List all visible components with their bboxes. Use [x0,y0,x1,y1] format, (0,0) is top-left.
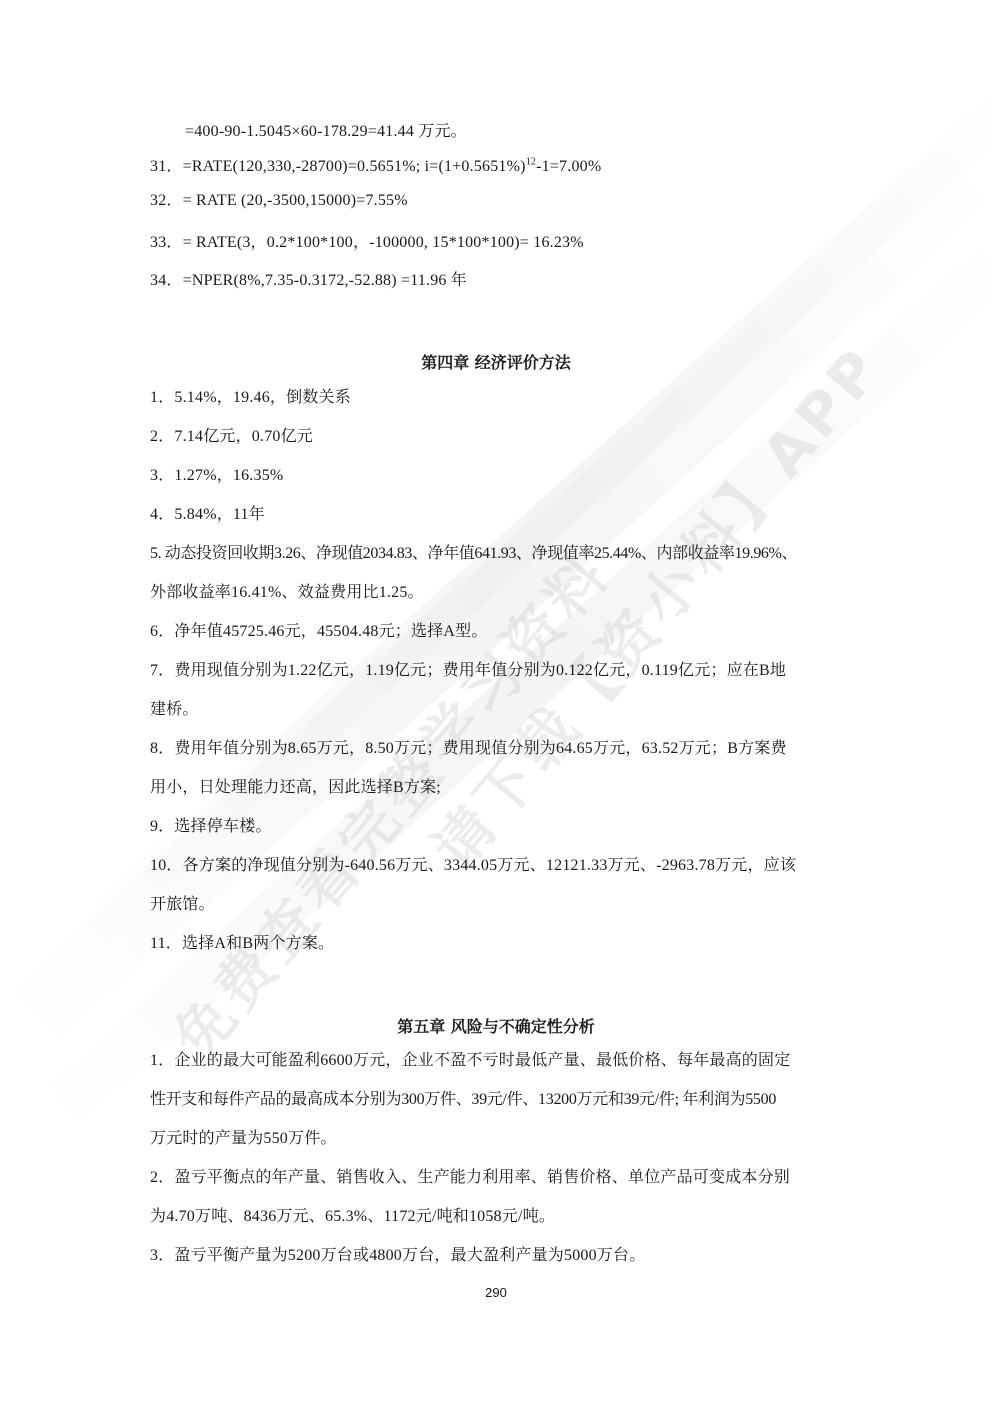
answer-item-32: 32．= RATE (20,-3500,15000)=7.55% [150,191,408,211]
chapter-4-line: 10．各方案的净现值分别为-640.56万元、3344.05万元、12121.3… [150,856,796,876]
item-text: =NPER(8%,7.35-0.3172,-52.88) =11.96 年 [183,272,467,289]
watermark-text-1: 免费查看完整学习资料 [150,530,626,1074]
page-number: 290 [0,1285,992,1300]
formula-continuation: =400-90-1.5045×60-178.29=41.44 万元。 [185,122,467,142]
chapter-4-line: 2．7.14亿元，0.70亿元 [150,427,313,447]
chapter-4-title: 第四章 经济评价方法 [0,350,992,373]
chapter-4-line: 开旅馆。 [150,895,215,915]
chapter-4-line: 5. 动态投资回收期3.26、净现值2034.83、净年值641.93、净现值率… [150,544,797,564]
item-text: =RATE(120,330,-28700)=0.5651%; i=(1+0.56… [183,158,526,175]
item-number: 34． [150,272,183,289]
chapter-5-line: 性开支和每件产品的最高成本分别为300万件、39元/件、13200万元和39元/… [150,1090,776,1110]
chapter-4-line: 建桥。 [150,700,199,720]
watermark-text-2: 请下载【资小料】APP [410,324,899,884]
item-text-after: -1=7.00% [536,158,601,175]
chapter-4-line: 用小，日处理能力还高，因此选择B方案; [150,778,441,798]
chapter-5-title: 第五章 风险与不确定性分析 [0,1014,992,1037]
chapter-4-line: 4．5.84%，11年 [150,505,265,525]
chapter-4-line: 3．1.27%，16.35% [150,466,283,486]
document-page: 免费查看完整学习资料 请下载【资小料】APP =400-90-1.5045×60… [0,0,992,1403]
item-number: 33． [150,234,183,251]
chapter-5-line: 为4.70万吨、8436万元、65.3%、1172元/吨和1058元/吨。 [150,1207,555,1227]
item-text: = RATE (20,-3500,15000)=7.55% [183,192,408,209]
item-number: 32． [150,192,183,209]
chapter-5-line: 2．盈亏平衡点的年产量、销售收入、生产能力利用率、销售价格、单位产品可变成本分别 [150,1168,790,1188]
chapter-5-line: 1．企业的最大可能盈利6600万元，企业不盈不亏时最低产量、最低价格、每年最高的… [150,1051,790,1071]
item-text: = RATE(3，0.2*100*100，-100000, 15*100*100… [183,234,584,251]
item-number: 31． [150,158,183,175]
watermark-stripe [74,50,992,950]
superscript: 12 [526,157,536,168]
chapter-4-line: 外部收益率16.41%、效益费用比1.25。 [150,583,424,603]
chapter-5-line: 3．盈亏平衡产量为5200万台或4800万台，最大盈利产量为5000万台。 [150,1246,645,1266]
chapter-4-line: 8．费用年值分别为8.65万元，8.50万元；费用现值分别为64.65万元，63… [150,739,787,759]
answer-item-31: 31．=RATE(120,330,-28700)=0.5651%; i=(1+0… [150,157,601,177]
answer-item-33: 33．= RATE(3，0.2*100*100，-100000, 15*100*… [150,233,584,253]
chapter-4-line: 1．5.14%，19.46，倒数关系 [150,388,351,408]
answer-item-34: 34．=NPER(8%,7.35-0.3172,-52.88) =11.96 年 [150,271,467,291]
chapter-4-line: 6．净年值45725.46元，45504.48元；选择A型。 [150,622,488,642]
chapter-5-line: 万元时的产量为550万件。 [150,1129,337,1149]
chapter-4-line: 11．选择A和B两个方案。 [150,934,334,954]
chapter-4-line: 9．选择停车楼。 [150,817,272,837]
chapter-4-line: 7．费用现值分别为1.22亿元，1.19亿元；费用年值分别为0.122亿元，0.… [150,661,786,681]
watermark: 免费查看完整学习资料 请下载【资小料】APP [0,0,992,1403]
watermark-stripe [0,134,992,1056]
